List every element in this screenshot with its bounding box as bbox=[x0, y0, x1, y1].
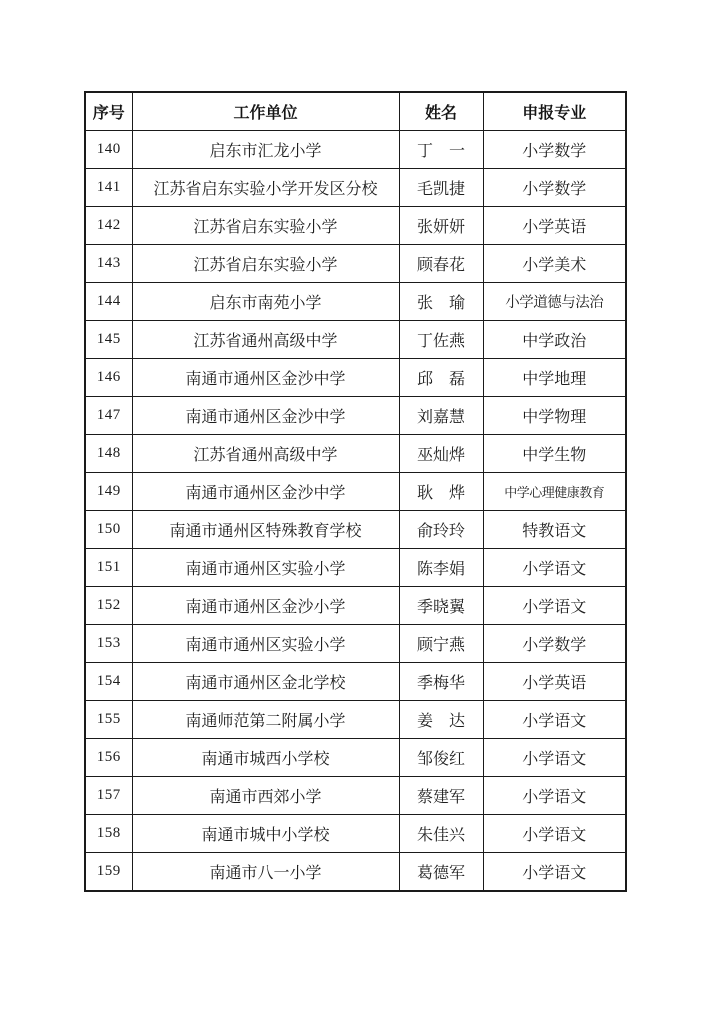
cell-major: 中学物理 bbox=[483, 397, 626, 435]
cell-name: 邹俊红 bbox=[399, 739, 483, 777]
cell-no: 151 bbox=[85, 549, 132, 587]
cell-unit: 启东市汇龙小学 bbox=[132, 131, 399, 169]
cell-unit: 南通市通州区金沙中学 bbox=[132, 397, 399, 435]
cell-major: 小学语文 bbox=[483, 701, 626, 739]
table-row: 157南通市西郊小学蔡建军小学语文 bbox=[85, 777, 626, 815]
table-row: 156南通市城西小学校邹俊红小学语文 bbox=[85, 739, 626, 777]
cell-no: 148 bbox=[85, 435, 132, 473]
cell-unit: 江苏省启东实验小学开发区分校 bbox=[132, 169, 399, 207]
header-name: 姓名 bbox=[399, 92, 483, 131]
cell-name: 毛凯捷 bbox=[399, 169, 483, 207]
cell-major: 小学道德与法治 bbox=[483, 283, 626, 321]
cell-name: 耿 烨 bbox=[399, 473, 483, 511]
table-row: 146南通市通州区金沙中学邱 磊中学地理 bbox=[85, 359, 626, 397]
cell-unit: 南通师范第二附属小学 bbox=[132, 701, 399, 739]
cell-unit: 江苏省通州高级中学 bbox=[132, 435, 399, 473]
cell-name: 季梅华 bbox=[399, 663, 483, 701]
table-header-row: 序号 工作单位 姓名 申报专业 bbox=[85, 92, 626, 131]
cell-no: 143 bbox=[85, 245, 132, 283]
cell-name: 张妍妍 bbox=[399, 207, 483, 245]
cell-no: 153 bbox=[85, 625, 132, 663]
cell-name: 丁 一 bbox=[399, 131, 483, 169]
cell-name: 顾春花 bbox=[399, 245, 483, 283]
cell-major: 小学语文 bbox=[483, 549, 626, 587]
cell-no: 155 bbox=[85, 701, 132, 739]
cell-unit: 江苏省通州高级中学 bbox=[132, 321, 399, 359]
cell-name: 张 瑜 bbox=[399, 283, 483, 321]
cell-major: 小学语文 bbox=[483, 815, 626, 853]
cell-unit: 南通市八一小学 bbox=[132, 853, 399, 892]
cell-major: 中学心理健康教育 bbox=[483, 473, 626, 511]
cell-no: 140 bbox=[85, 131, 132, 169]
cell-major: 小学英语 bbox=[483, 663, 626, 701]
cell-name: 丁佐燕 bbox=[399, 321, 483, 359]
cell-unit: 启东市南苑小学 bbox=[132, 283, 399, 321]
cell-major: 小学语文 bbox=[483, 777, 626, 815]
table-row: 143江苏省启东实验小学顾春花小学美术 bbox=[85, 245, 626, 283]
cell-name: 葛德军 bbox=[399, 853, 483, 892]
cell-name: 顾宁燕 bbox=[399, 625, 483, 663]
table-row: 145江苏省通州高级中学丁佐燕中学政治 bbox=[85, 321, 626, 359]
cell-unit: 江苏省启东实验小学 bbox=[132, 245, 399, 283]
document-page: 序号 工作单位 姓名 申报专业 140启东市汇龙小学丁 一小学数学141江苏省启… bbox=[0, 0, 720, 1018]
cell-major: 特教语文 bbox=[483, 511, 626, 549]
cell-name: 刘嘉慧 bbox=[399, 397, 483, 435]
cell-no: 149 bbox=[85, 473, 132, 511]
table-row: 159南通市八一小学葛德军小学语文 bbox=[85, 853, 626, 892]
table-row: 153南通市通州区实验小学顾宁燕小学数学 bbox=[85, 625, 626, 663]
cell-major: 中学地理 bbox=[483, 359, 626, 397]
cell-no: 152 bbox=[85, 587, 132, 625]
cell-unit: 江苏省启东实验小学 bbox=[132, 207, 399, 245]
cell-major: 小学语文 bbox=[483, 739, 626, 777]
table-body: 140启东市汇龙小学丁 一小学数学141江苏省启东实验小学开发区分校毛凯捷小学数… bbox=[85, 131, 626, 892]
table-row: 149南通市通州区金沙中学耿 烨中学心理健康教育 bbox=[85, 473, 626, 511]
table-row: 155南通师范第二附属小学姜 达小学语文 bbox=[85, 701, 626, 739]
cell-major: 小学数学 bbox=[483, 131, 626, 169]
cell-name: 季晓翼 bbox=[399, 587, 483, 625]
header-work-unit: 工作单位 bbox=[132, 92, 399, 131]
table-row: 141江苏省启东实验小学开发区分校毛凯捷小学数学 bbox=[85, 169, 626, 207]
cell-name: 姜 达 bbox=[399, 701, 483, 739]
cell-unit: 南通市通州区实验小学 bbox=[132, 625, 399, 663]
cell-name: 巫灿烨 bbox=[399, 435, 483, 473]
cell-major: 中学生物 bbox=[483, 435, 626, 473]
cell-major: 小学语文 bbox=[483, 853, 626, 892]
cell-no: 158 bbox=[85, 815, 132, 853]
table-row: 142江苏省启东实验小学张妍妍小学英语 bbox=[85, 207, 626, 245]
cell-major: 小学语文 bbox=[483, 587, 626, 625]
cell-no: 159 bbox=[85, 853, 132, 892]
cell-unit: 南通市城西小学校 bbox=[132, 739, 399, 777]
cell-no: 144 bbox=[85, 283, 132, 321]
table-row: 144启东市南苑小学张 瑜小学道德与法治 bbox=[85, 283, 626, 321]
table-row: 147南通市通州区金沙中学刘嘉慧中学物理 bbox=[85, 397, 626, 435]
cell-major: 小学数学 bbox=[483, 625, 626, 663]
table-row: 148江苏省通州高级中学巫灿烨中学生物 bbox=[85, 435, 626, 473]
cell-unit: 南通市通州区金沙中学 bbox=[132, 473, 399, 511]
cell-name: 俞玲玲 bbox=[399, 511, 483, 549]
cell-name: 朱佳兴 bbox=[399, 815, 483, 853]
cell-no: 142 bbox=[85, 207, 132, 245]
cell-name: 蔡建军 bbox=[399, 777, 483, 815]
header-serial-number: 序号 bbox=[85, 92, 132, 131]
cell-unit: 南通市通州区实验小学 bbox=[132, 549, 399, 587]
table-row: 158南通市城中小学校朱佳兴小学语文 bbox=[85, 815, 626, 853]
table-row: 154南通市通州区金北学校季梅华小学英语 bbox=[85, 663, 626, 701]
cell-no: 150 bbox=[85, 511, 132, 549]
cell-unit: 南通市通州区金沙小学 bbox=[132, 587, 399, 625]
table-row: 150南通市通州区特殊教育学校俞玲玲特教语文 bbox=[85, 511, 626, 549]
cell-no: 146 bbox=[85, 359, 132, 397]
table-row: 140启东市汇龙小学丁 一小学数学 bbox=[85, 131, 626, 169]
cell-unit: 南通市通州区特殊教育学校 bbox=[132, 511, 399, 549]
cell-major: 中学政治 bbox=[483, 321, 626, 359]
cell-unit: 南通市通州区金沙中学 bbox=[132, 359, 399, 397]
cell-no: 141 bbox=[85, 169, 132, 207]
cell-major: 小学数学 bbox=[483, 169, 626, 207]
cell-no: 154 bbox=[85, 663, 132, 701]
cell-name: 邱 磊 bbox=[399, 359, 483, 397]
cell-no: 157 bbox=[85, 777, 132, 815]
cell-unit: 南通市城中小学校 bbox=[132, 815, 399, 853]
cell-no: 156 bbox=[85, 739, 132, 777]
header-declared-specialty: 申报专业 bbox=[483, 92, 626, 131]
cell-major: 小学美术 bbox=[483, 245, 626, 283]
cell-major: 小学英语 bbox=[483, 207, 626, 245]
cell-unit: 南通市西郊小学 bbox=[132, 777, 399, 815]
cell-unit: 南通市通州区金北学校 bbox=[132, 663, 399, 701]
cell-no: 147 bbox=[85, 397, 132, 435]
table-row: 151南通市通州区实验小学陈李娟小学语文 bbox=[85, 549, 626, 587]
cell-no: 145 bbox=[85, 321, 132, 359]
table-row: 152南通市通州区金沙小学季晓翼小学语文 bbox=[85, 587, 626, 625]
cell-name: 陈李娟 bbox=[399, 549, 483, 587]
applicant-table: 序号 工作单位 姓名 申报专业 140启东市汇龙小学丁 一小学数学141江苏省启… bbox=[84, 91, 627, 892]
